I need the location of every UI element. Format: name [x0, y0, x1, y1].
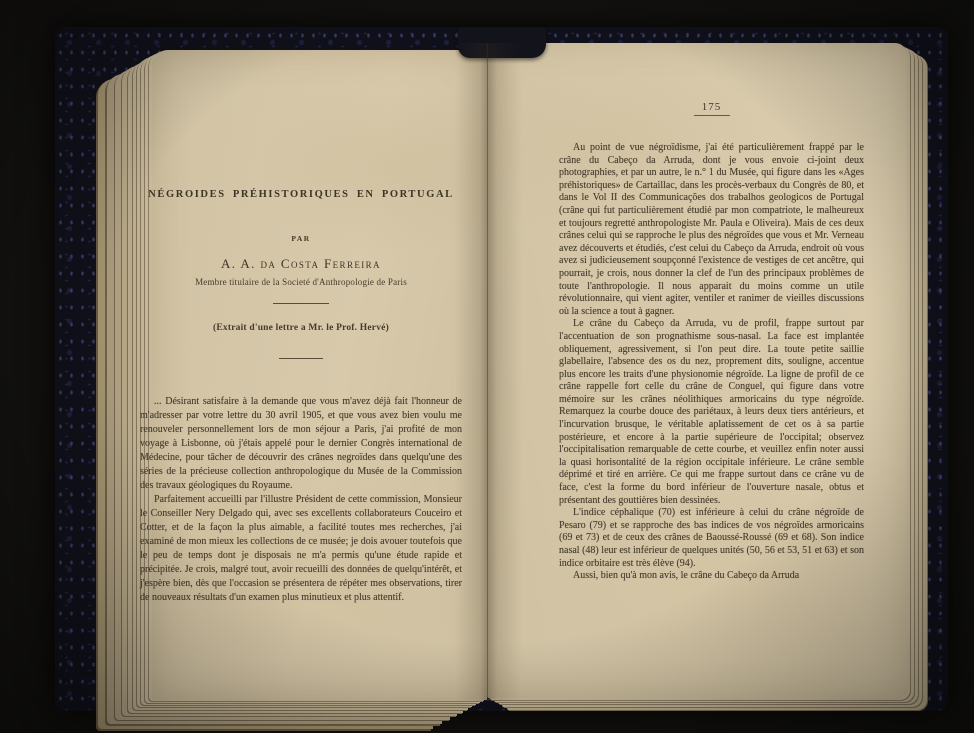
divider-rule [279, 358, 323, 359]
letter-note: (Extrait d'une lettre a Mr. le Prof. Her… [140, 323, 462, 333]
paragraph: ... Désirant satisfaire à la demande que… [140, 395, 462, 493]
book-spine-top [458, 27, 546, 58]
author-affiliation: Membre titulaire de la Societé d'Anthrop… [140, 277, 462, 287]
paragraph: L'indice céphalique (70) est inférieure … [559, 507, 864, 570]
right-page-body: Au point de vue négroïdisme, j'ai été pa… [559, 142, 864, 583]
book-photo: NÉGROIDES PRÉHISTORIQUES EN PORTUGAL PAR… [0, 0, 974, 733]
paragraph: Le crâne du Cabeço da Arruda, vu de prof… [559, 318, 864, 507]
author-name: A. A. da Costa Ferreira [140, 256, 462, 272]
left-page-body: ... Désirant satisfaire à la demande que… [140, 395, 462, 605]
paragraph: Au point de vue négroïdisme, j'ai été pa… [559, 142, 864, 318]
divider-rule [273, 303, 329, 304]
byline-label: PAR [140, 234, 462, 243]
article-title: NÉGROIDES PRÉHISTORIQUES EN PORTUGAL [140, 188, 462, 201]
left-page-content: NÉGROIDES PRÉHISTORIQUES EN PORTUGAL PAR… [140, 188, 462, 605]
paragraph: Parfaitement accueilli par l'illustre Pr… [140, 493, 462, 605]
page-number: 175 [694, 101, 730, 116]
paragraph: Aussi, bien qu'à mon avis, le crâne du C… [559, 570, 864, 583]
right-page-content: 175 Au point de vue négroïdisme, j'ai ét… [559, 101, 864, 583]
